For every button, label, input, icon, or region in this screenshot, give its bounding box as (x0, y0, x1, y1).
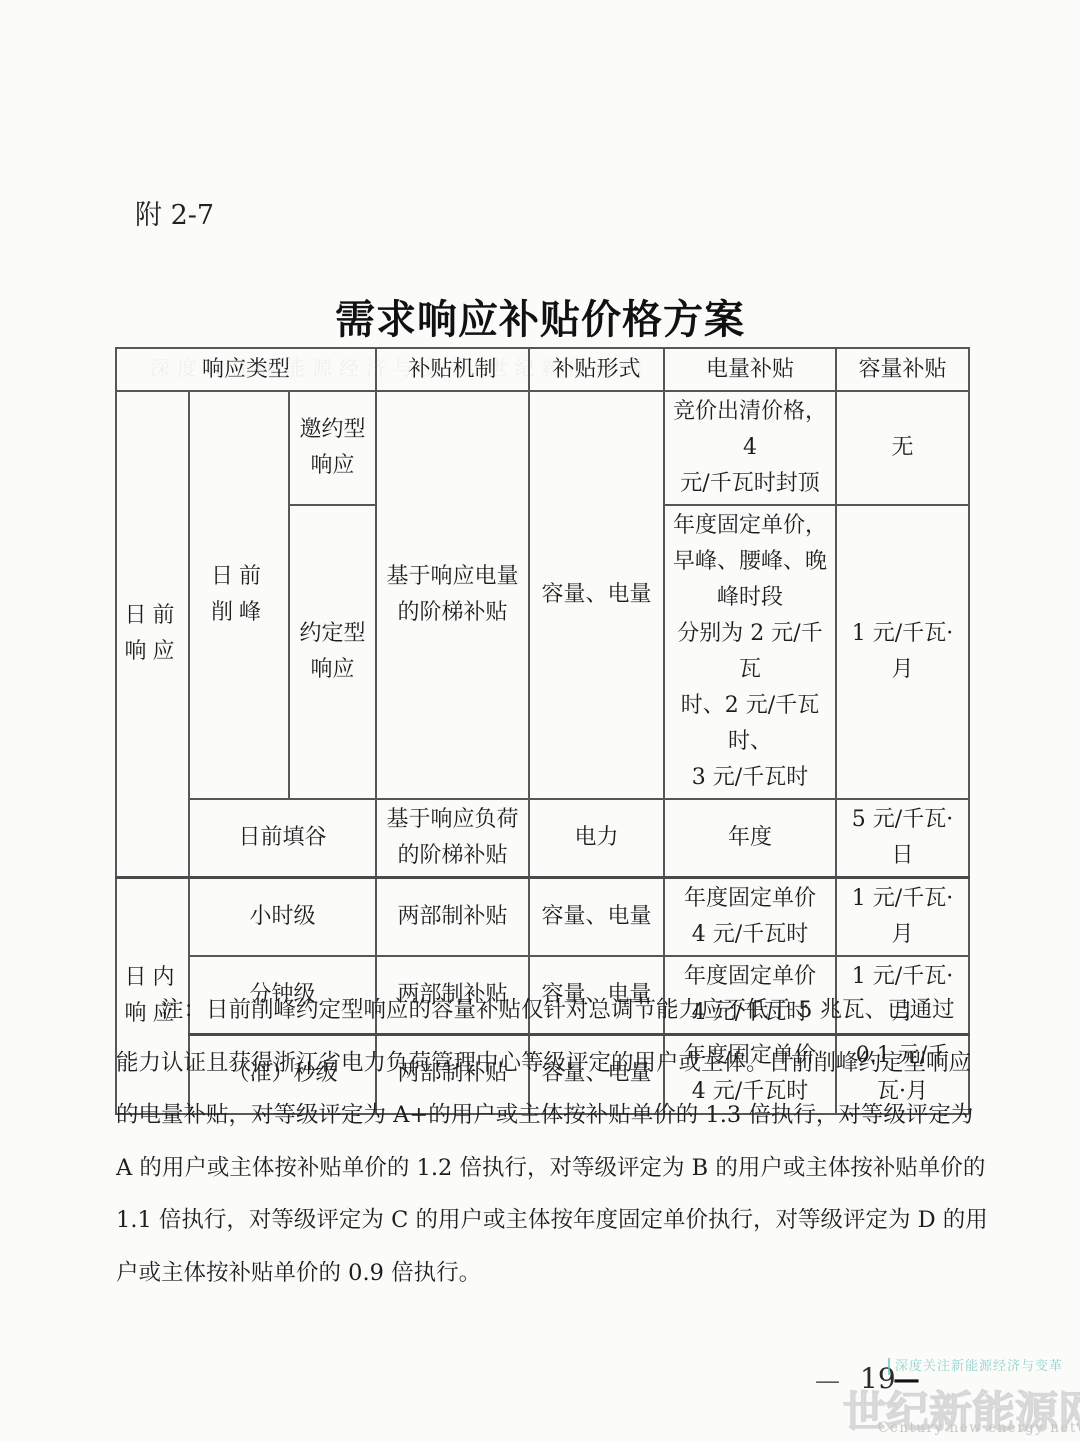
table-row-hourly: 日内 响应 小时级 两部制补贴 容量、电量 年度固定单价 4 元/千瓦时 1 元… (116, 878, 969, 957)
col-header-subsidy-mechanism: 补贴机制 (376, 348, 529, 391)
cell-form-capacity-energy: 容量、电量 (529, 391, 664, 799)
cell-mechanism-tiered-load: 基于响应负荷 的阶梯补贴 (376, 799, 529, 878)
cell-energy-subsidy-fixed-4-1: 年度固定单价 4 元/千瓦时 (664, 878, 836, 957)
cell-energy-subsidy-clearing-price: 竞价出清价格，4 元/千瓦时封顶 (664, 391, 836, 505)
col-header-subsidy-form: 补贴形式 (529, 348, 664, 391)
col-header-response-type: 响应类型 (116, 348, 376, 391)
table-row-invited: 日前 响应 日前 削峰 邀约型 响应 基于响应电量 的阶梯补贴 容量、电量 竞价… (116, 391, 969, 505)
cell-mechanism-two-part-1: 两部制补贴 (376, 878, 529, 957)
footnote-line-4: A 的用户或主体按补贴单价的 1.2 倍执行，对等级评定为 B 的用户或主体按补… (116, 1142, 964, 1195)
page-number-dash-left: — (815, 1366, 840, 1395)
cell-form-capacity-energy-1: 容量、电量 (529, 878, 664, 957)
cell-capacity-subsidy-5-yuan-kw-day: 5 元/千瓦·日 (836, 799, 969, 878)
footnote: 注：日前削峰约定型响应的容量补贴仅针对总调节能力应不低于 5 兆瓦、已通过 能力… (116, 984, 964, 1300)
col-header-capacity-subsidy: 容量补贴 (836, 348, 969, 391)
cell-capacity-subsidy-1-yuan-kw-month-2: 1 元/千瓦·月 (836, 878, 969, 957)
watermark-brand-en: Century new energy network (878, 1420, 1080, 1436)
cell-energy-subsidy-annual: 年度 (664, 799, 836, 878)
cell-invited-response: 邀约型 响应 (289, 391, 376, 505)
table-header-row: 响应类型 补贴机制 补贴形式 电量补贴 容量补贴 (116, 348, 969, 391)
cell-mechanism-tiered-energy: 基于响应电量 的阶梯补贴 (376, 391, 529, 799)
footnote-line-6: 户或主体按补贴单价的 0.9 倍执行。 (116, 1247, 964, 1300)
footnote-line-2: 能力认证且获得浙江省电力负荷管理中心等级评定的用户或主体。日前削峰约定型响应 (116, 1037, 964, 1090)
cell-hour-level: 小时级 (189, 878, 376, 957)
cell-capacity-subsidy-1-yuan-kw-month: 1 元/千瓦·月 (836, 505, 969, 799)
footnote-line-3: 的电量补贴，对等级评定为 A+的用户或主体按补贴单价的 1.3 倍执行，对等级评… (116, 1089, 964, 1142)
cell-day-ahead-valley-filling: 日前填谷 (189, 799, 376, 878)
table-row-valley-filling: 日前填谷 基于响应负荷 的阶梯补贴 电力 年度 5 元/千瓦·日 (116, 799, 969, 878)
watermark-slogan: 深度关注新能源经济与变革 (888, 1358, 1063, 1375)
appendix-label: 附 2-7 (135, 193, 214, 232)
page-title: 需求响应补贴价格方案 (0, 288, 1080, 345)
document-page: 附 2-7 需求响应补贴价格方案 深度关注新能源经济与变革 世纪新能源网 响应类… (0, 0, 1080, 1441)
cell-form-power: 电力 (529, 799, 664, 878)
cell-day-ahead-response: 日前 响应 (116, 391, 189, 878)
cell-energy-subsidy-fixed-peak: 年度固定单价， 早峰、腰峰、晚 峰时段 分别为 2 元/千瓦 时、2 元/千瓦时… (664, 505, 836, 799)
footnote-line-5: 1.1 倍执行，对等级评定为 C 的用户或主体按年度固定单价执行，对等级评定为 … (116, 1194, 964, 1247)
cell-contracted-response: 约定型 响应 (289, 505, 376, 799)
cell-day-ahead-peak-shaving: 日前 削峰 (189, 391, 289, 799)
cell-capacity-subsidy-none: 无 (836, 391, 969, 505)
col-header-energy-subsidy: 电量补贴 (664, 348, 836, 391)
footnote-line-1: 注：日前削峰约定型响应的容量补贴仅针对总调节能力应不低于 5 兆瓦、已通过 (116, 984, 964, 1037)
